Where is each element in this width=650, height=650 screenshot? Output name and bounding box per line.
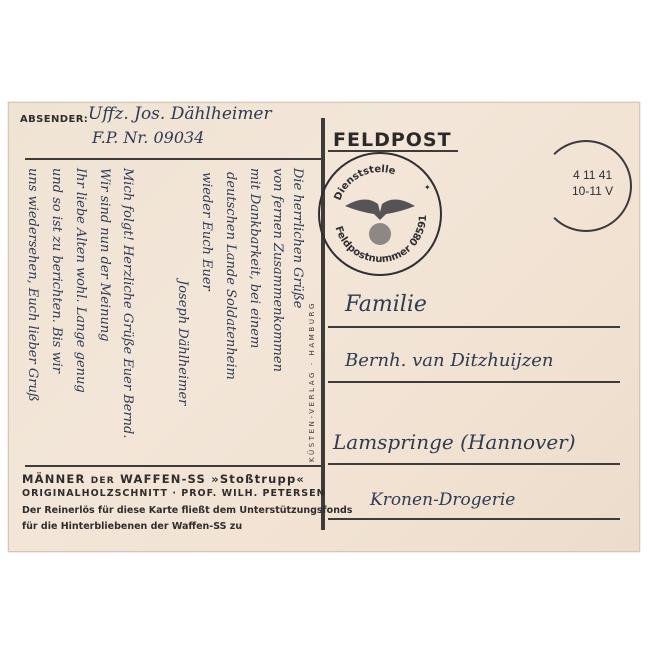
message-line: deutschen Lande Soldatenheim: [223, 172, 238, 380]
address-line-3: [328, 463, 620, 465]
sender-name-handwritten: Uffz. Jos. Dählheimer: [88, 104, 272, 124]
svg-text:✦: ✦: [424, 183, 431, 192]
unit-stamp: Dienststelle Feldpostnummer 08591 ✦: [318, 152, 442, 276]
artwork-credit: ORIGINALHOLZSCHNITT · PROF. WILH. PETERS…: [22, 488, 326, 499]
caption-title-c: WAFFEN-SS »Stoßtrupp«: [120, 472, 305, 486]
proceeds-note-2: für die Hinterbliebenen der Waffen-SS zu: [22, 521, 242, 532]
message-line: Wir sind nun der Meinung: [97, 168, 112, 342]
message-line: Die herrlichen Grüße: [290, 168, 305, 308]
message-line: und so ist zu berichten. Bis wir: [49, 168, 64, 373]
message-line: Mich folgt! Herzliche Grüße Euer Bernd.: [120, 168, 135, 439]
caption-title-b: DER: [91, 476, 115, 486]
svg-text:Dienststelle: Dienststelle: [333, 164, 397, 202]
message-line: Ihr liebe Alten wohl. Lange genug: [73, 168, 88, 393]
message-line: uns wiedersehen, Euch lieber Gruß: [25, 168, 40, 402]
sender-divider-line: [25, 158, 323, 160]
recipient-line-2: Bernh. van Ditzhuijzen: [345, 350, 554, 371]
caption-title-a: MÄNNER: [22, 472, 86, 486]
postmark-date: 4 11 41: [572, 167, 613, 183]
eagle-emblem-icon: Dienststelle Feldpostnummer 08591 ✦: [320, 154, 440, 274]
recipient-line-1: Familie: [345, 292, 427, 317]
publisher-imprint: KÜSTEN-VERLAG · HAMBURG: [308, 301, 316, 462]
sender-label: ABSENDER:: [20, 114, 88, 125]
proceeds-note-1: Der Reinerlös für diese Karte fließt dem…: [22, 505, 352, 516]
recipient-line-3: Lamspringe (Hannover): [333, 430, 576, 454]
postmark-time: 10-11 V: [572, 183, 613, 199]
address-line-1: [328, 326, 620, 328]
caption-divider-line: [25, 465, 323, 467]
message-line: wieder Euch Euer: [199, 172, 214, 291]
message-line: von fernen Zusammenkommen: [270, 168, 285, 372]
message-line: Joseph Dählheimer: [175, 280, 190, 405]
message-line: mit Dankbarkeit, bei einem: [247, 168, 262, 348]
artwork-title: MÄNNER DER WAFFEN-SS »Stoßtrupp«: [22, 472, 305, 486]
recipient-line-4: Kronen-Drogerie: [370, 490, 515, 510]
address-line-4: [328, 518, 620, 520]
sender-fieldpost-number-handwritten: F.P. Nr. 09034: [92, 128, 204, 147]
address-line-2: [328, 381, 620, 383]
feldpost-header: FELDPOST: [333, 129, 452, 151]
postmark-date-text: 4 11 41 10-11 V: [572, 167, 613, 199]
